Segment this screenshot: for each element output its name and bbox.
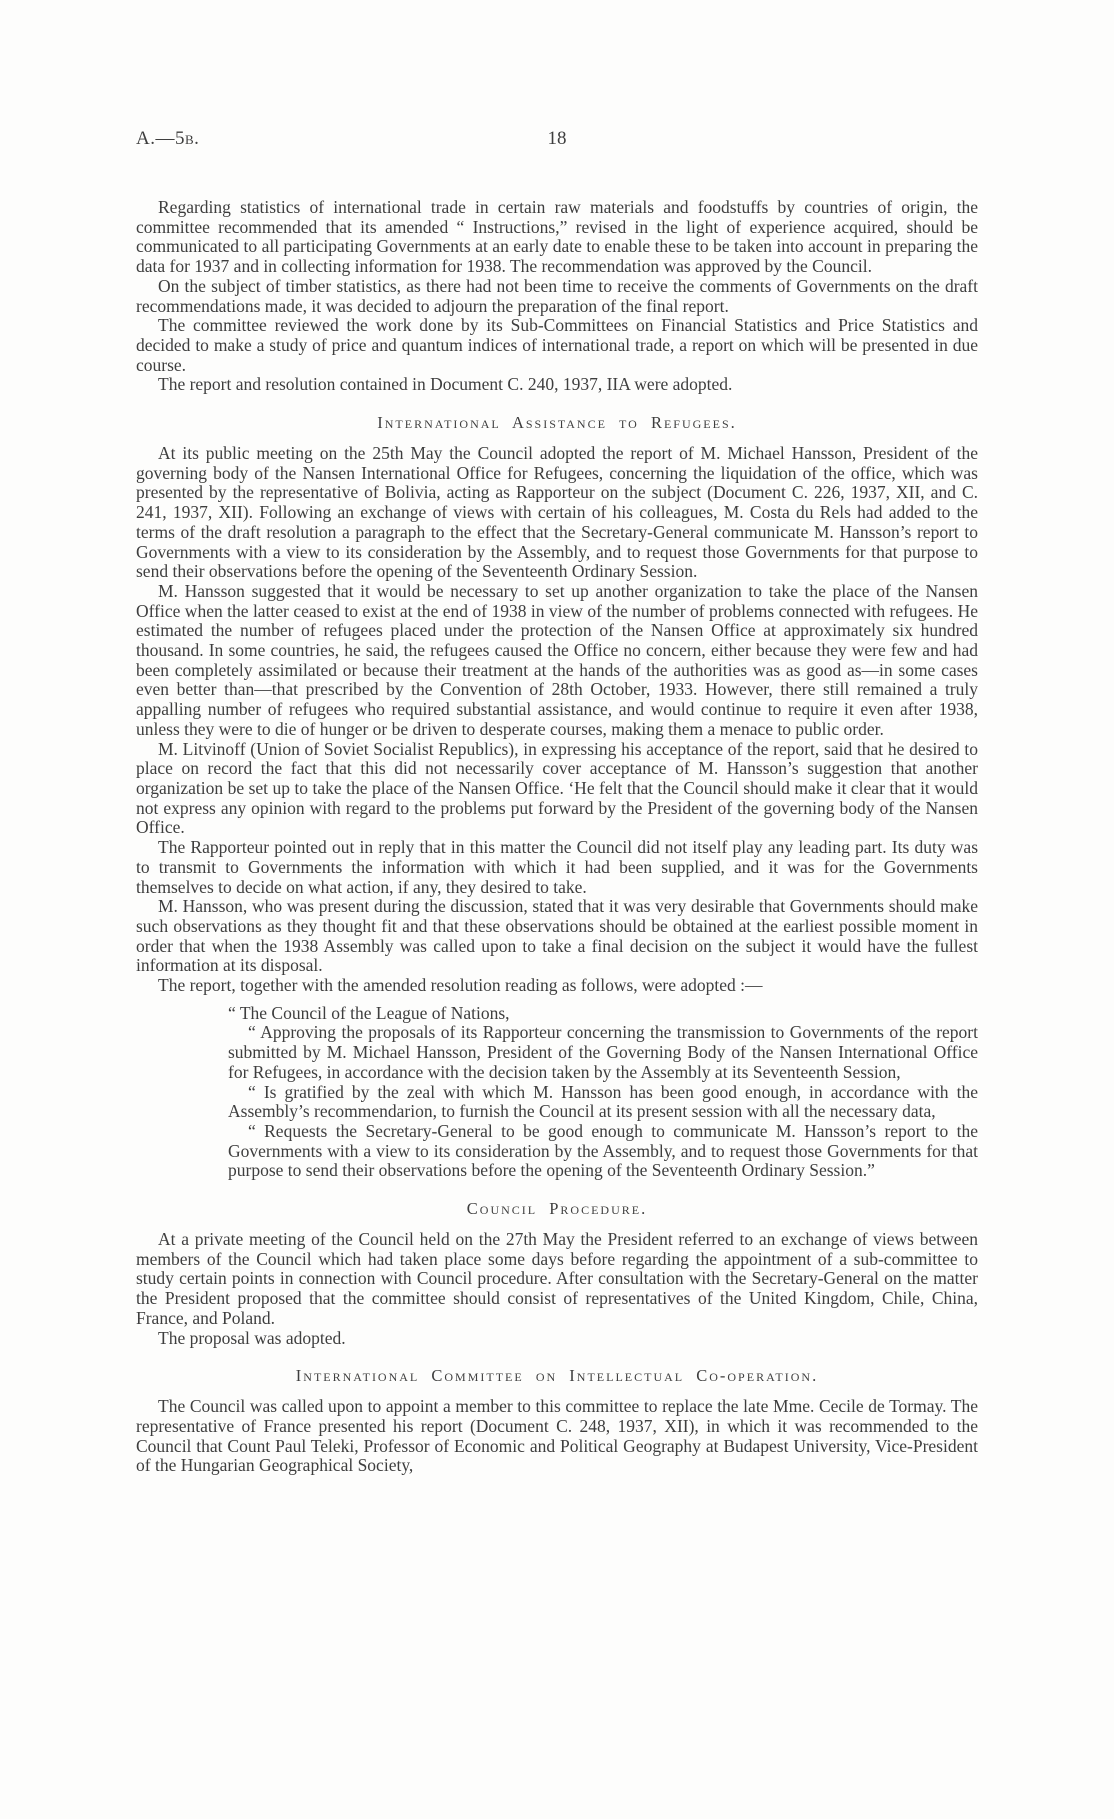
heading-intellectual-cooperation: International Committee on Intellectual …: [136, 1366, 978, 1386]
paragraph-hansson-suggested: M. Hansson suggested that it would be ne…: [136, 582, 978, 740]
resolution-line-council: “ The Council of the League of Nations,: [228, 1004, 978, 1024]
paragraph-timber-statistics: On the subject of timber statistics, as …: [136, 277, 978, 316]
paragraph-report-adopted: The report and resolution contained in D…: [136, 375, 978, 395]
paragraph-rapporteur-reply: The Rapporteur pointed out in reply that…: [136, 838, 978, 897]
resolution-paragraph-requests: “ Requests the Secretary-General to be g…: [228, 1122, 978, 1181]
heading-council-procedure: Council Procedure.: [136, 1199, 978, 1219]
resolution-blockquote: “ The Council of the League of Nations, …: [228, 1004, 978, 1181]
heading-international-assistance-to-refugees: International Assistance to Refugees.: [136, 413, 978, 433]
paragraph-hansson-present: M. Hansson, who was present during the d…: [136, 897, 978, 976]
page-content: A.—5b. 18 Regarding statistics of intern…: [136, 128, 978, 1476]
paragraph-committee-appointment: The Council was called upon to appoint a…: [136, 1397, 978, 1476]
scanned-document-page: A.—5b. 18 Regarding statistics of intern…: [0, 0, 1114, 1819]
resolution-paragraph-gratified: “ Is gratified by the zeal with which M.…: [228, 1083, 978, 1122]
paragraph-trade-statistics: Regarding statistics of international tr…: [136, 198, 978, 277]
paragraph-resolution-intro: The report, together with the amended re…: [136, 976, 978, 996]
resolution-paragraph-approving: “ Approving the proposals of its Rapport…: [228, 1023, 978, 1082]
page-header: A.—5b. 18: [136, 128, 978, 154]
paragraph-private-meeting: At a private meeting of the Council held…: [136, 1230, 978, 1329]
paragraph-subcommittees: The committee reviewed the work done by …: [136, 316, 978, 375]
page-number: 18: [136, 128, 978, 150]
paragraph-public-meeting: At its public meeting on the 25th May th…: [136, 444, 978, 582]
paragraph-proposal-adopted: The proposal was adopted.: [136, 1329, 978, 1349]
paragraph-litvinoff: M. Litvinoff (Union of Soviet Socialist …: [136, 740, 978, 839]
